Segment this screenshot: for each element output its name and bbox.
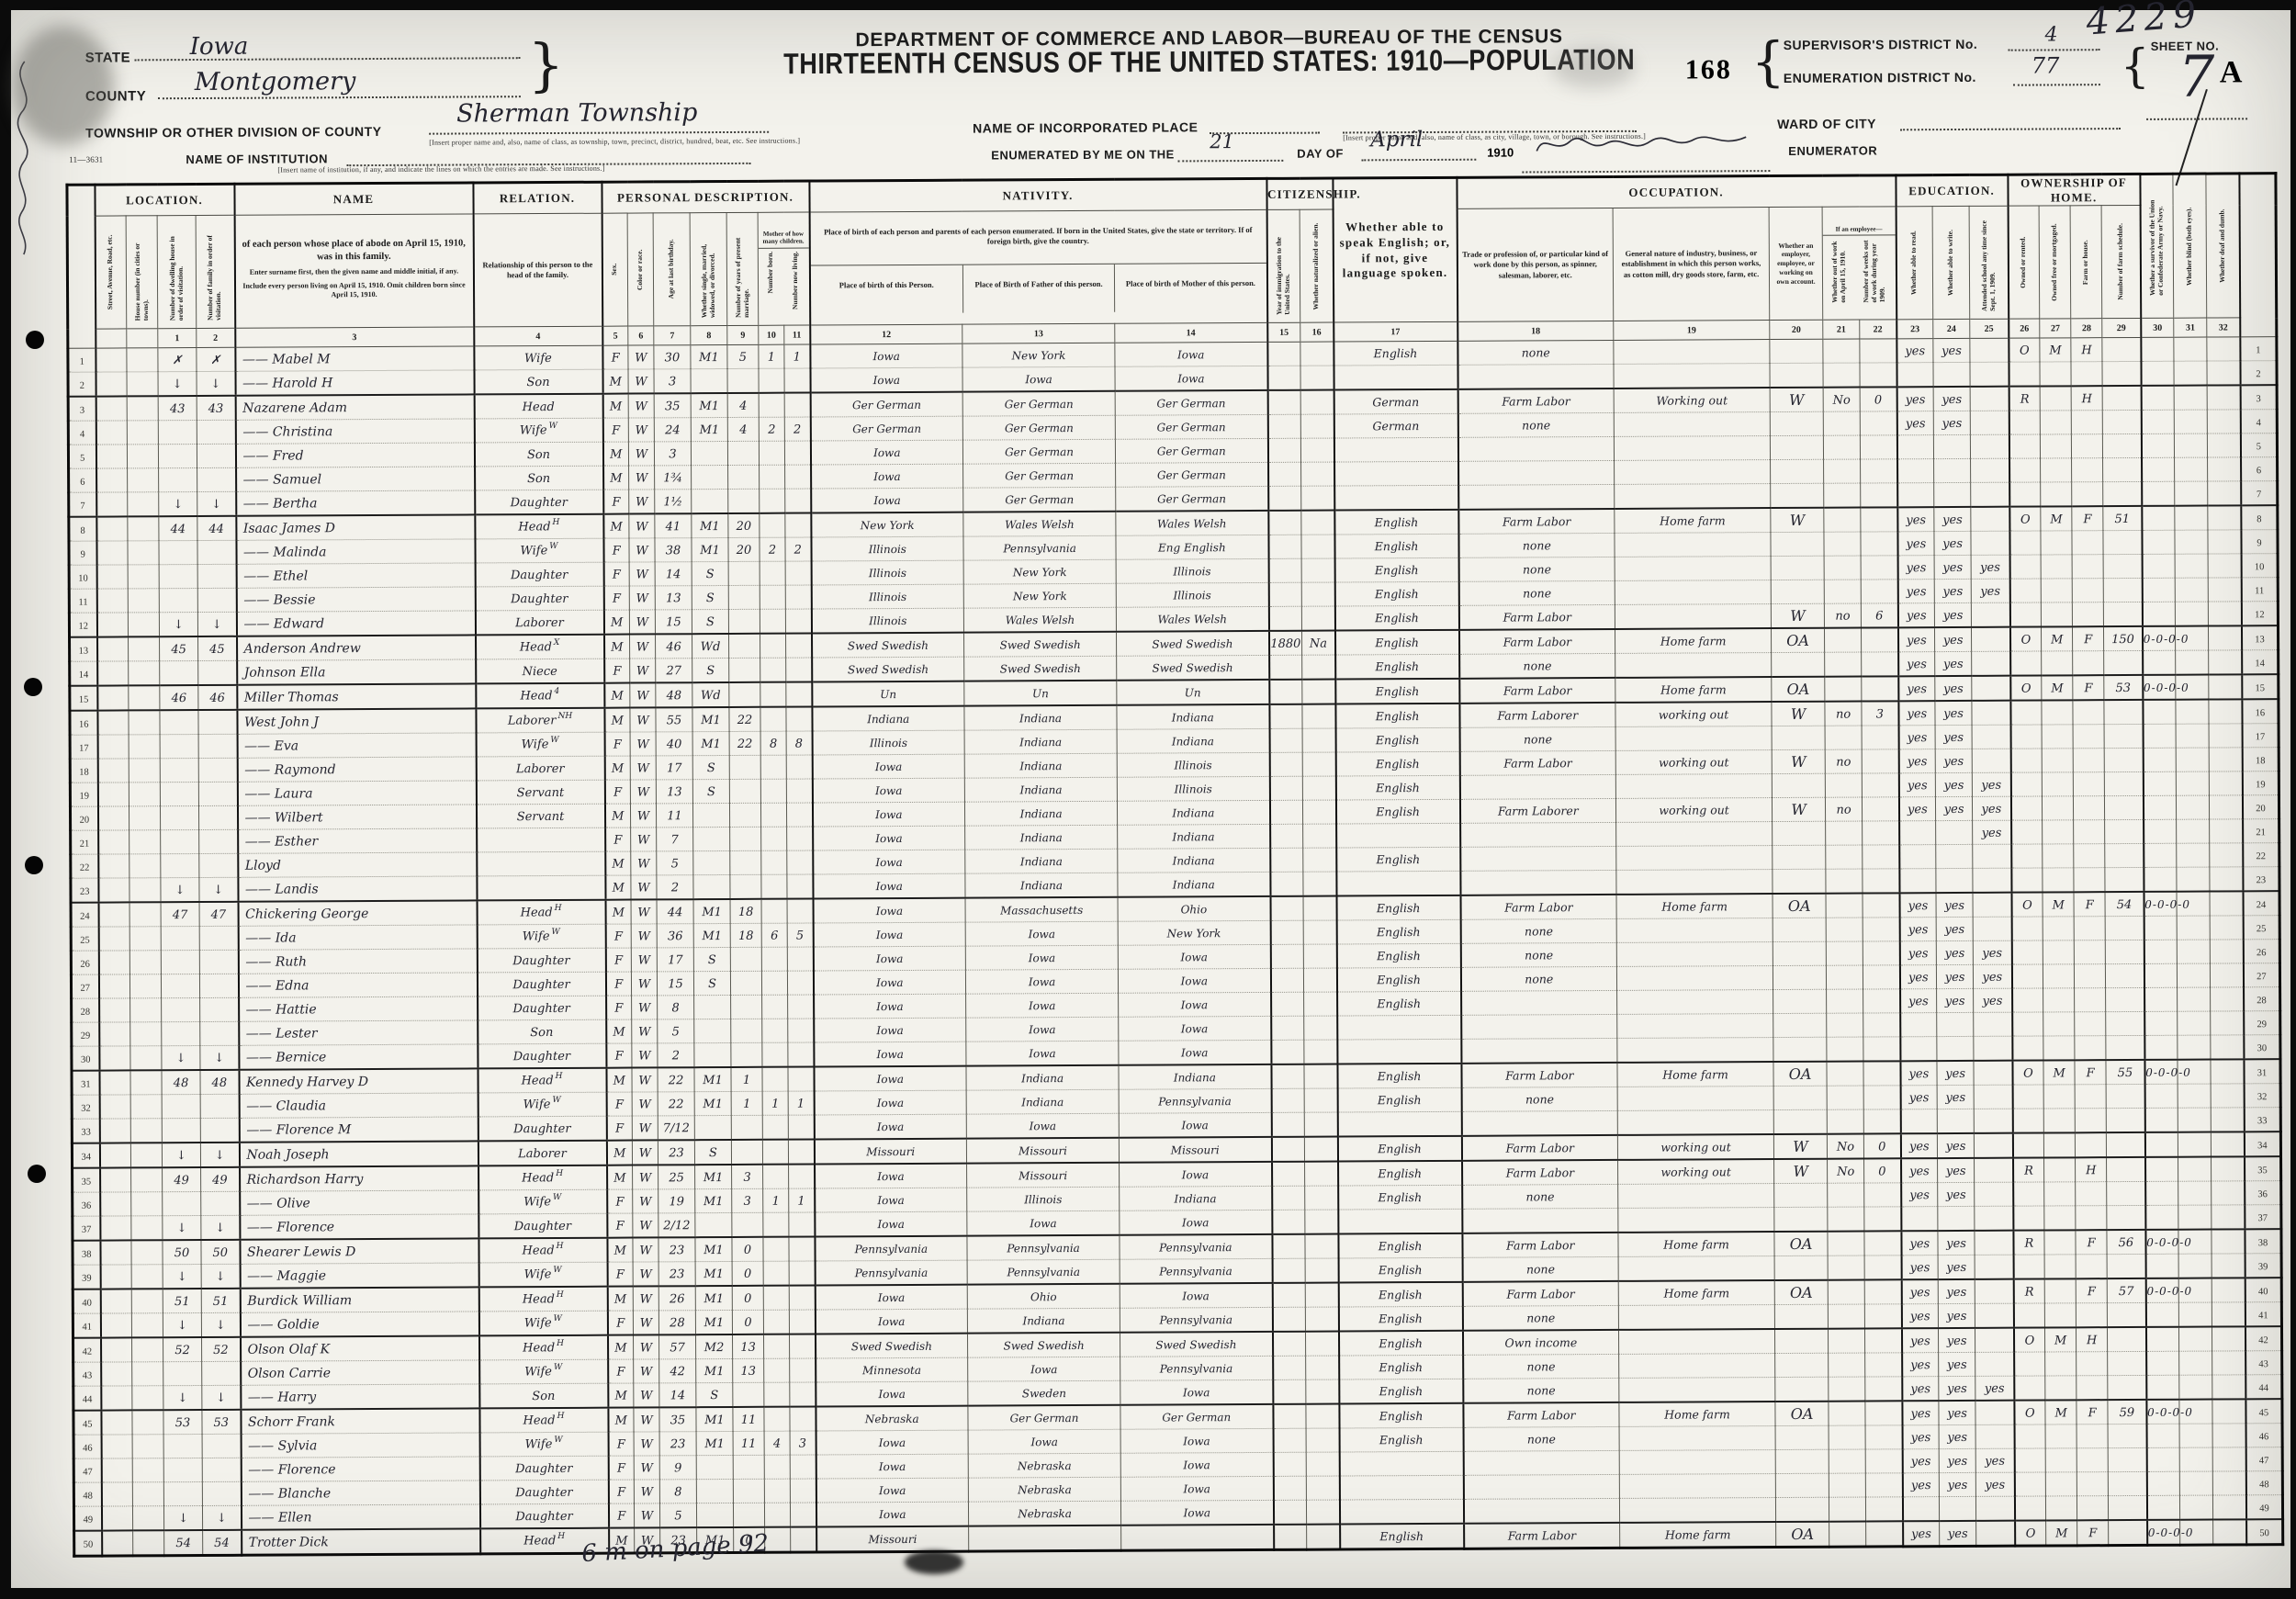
- cell-own: [2014, 1472, 2045, 1496]
- cell-vet: [2141, 361, 2174, 386]
- cell-hn: [131, 1289, 163, 1313]
- cell-lang: English: [1339, 1331, 1463, 1356]
- cell-imm: [1272, 1283, 1305, 1308]
- cell-rel: WifeW: [477, 924, 605, 949]
- cell-sched: [2109, 1495, 2147, 1520]
- cell-lang: [1336, 871, 1460, 895]
- cell-sex: F: [604, 659, 630, 683]
- cell-deaf: [2210, 843, 2243, 867]
- cell-school: [1970, 411, 2009, 434]
- cell-ind: Home farm: [1620, 1522, 1776, 1548]
- cell-sched: [2102, 410, 2141, 434]
- cell-rel: [477, 828, 605, 852]
- cell-sex: F: [607, 1213, 633, 1238]
- cell-dw: [160, 806, 198, 830]
- cell-own: [2011, 940, 2043, 964]
- cell-years: [729, 682, 760, 707]
- cell-n: 10: [69, 565, 96, 589]
- cell-rel: WifeW: [479, 1359, 608, 1384]
- cell-emp: [1774, 1207, 1828, 1232]
- cell-vet: [2141, 337, 2174, 361]
- cell-dw: [160, 710, 198, 735]
- cell-st: [101, 1506, 132, 1531]
- cell-n: 48: [73, 1482, 101, 1506]
- cell-pm: [1121, 1525, 1274, 1550]
- enumeration-label: ENUMERATION DISTRICT No.: [1784, 70, 1976, 85]
- cell-ind: [1618, 1256, 1774, 1281]
- cell-school: yes: [1975, 1472, 2014, 1496]
- cell-lang: English: [1336, 895, 1460, 920]
- cell-hn: [130, 1119, 162, 1143]
- cell-rel: WifeW: [478, 1262, 607, 1287]
- cell-living: [788, 1042, 814, 1067]
- cell-out: [1824, 483, 1861, 508]
- cell-age: 55: [656, 707, 692, 732]
- cell-age: 5: [657, 851, 693, 875]
- cell-vet: 0-0-0-0: [2144, 892, 2177, 917]
- cell-color: W: [633, 1237, 658, 1262]
- cell-dw: [161, 974, 199, 998]
- cell-hn: [129, 710, 160, 735]
- cell-pob: Iowa: [814, 1042, 966, 1066]
- cell-weeks: [1863, 1013, 1900, 1037]
- cell-living: [787, 874, 813, 899]
- cell-born: [762, 1042, 788, 1067]
- cell-mort: [2044, 1206, 2076, 1231]
- cell-st: [96, 348, 127, 372]
- cell-years: [731, 1140, 762, 1165]
- cell-name: —— Sylvia: [241, 1433, 479, 1458]
- cell-hn: [129, 902, 161, 927]
- cell-sched: [2102, 361, 2141, 386]
- cell-sched: [2104, 771, 2143, 795]
- cell-out: [1827, 1109, 1863, 1134]
- cell-age: 1¾: [655, 466, 692, 490]
- cell-mort: [2041, 531, 2072, 555]
- cell-fam: ↓: [202, 1385, 241, 1410]
- cell-emp: [1770, 339, 1823, 363]
- cell-name: —— Landis: [238, 876, 477, 902]
- cell-write: [1933, 362, 1970, 387]
- cell-own: [2012, 1012, 2043, 1036]
- cell-living: [790, 1479, 816, 1503]
- cell-trade: [1461, 1110, 1617, 1135]
- cell-living: [787, 947, 813, 971]
- cell-years: [731, 1115, 762, 1140]
- cell-write: yes: [1936, 796, 1973, 820]
- cell-dw: [158, 421, 197, 445]
- cell-sex: M: [602, 394, 628, 419]
- cell-fam: 47: [199, 902, 238, 927]
- cell-born: [763, 1212, 789, 1237]
- cell-ind: [1618, 1184, 1774, 1209]
- cell-dw: [162, 1022, 200, 1046]
- cell-own: R: [2009, 387, 2040, 411]
- cell-pf: Indiana: [966, 1065, 1119, 1090]
- cell-imm: [1268, 558, 1301, 582]
- cell-ind: [1615, 580, 1771, 605]
- cell-st: [98, 902, 129, 927]
- cell-living: [789, 1261, 815, 1286]
- cell-born: [764, 1455, 790, 1479]
- cell-rel: WifeW: [478, 1189, 607, 1214]
- cell-weeks: [1862, 726, 1898, 749]
- cell-born: [764, 1358, 790, 1382]
- cell-fam: [201, 1191, 240, 1215]
- cell-pf: Iowa: [966, 1041, 1119, 1065]
- cell-living: [788, 1019, 814, 1042]
- cell-pm: Indiana: [1118, 872, 1270, 896]
- cell-read: [1903, 1497, 1940, 1522]
- cell-years: [730, 947, 761, 971]
- cell-rel: Laborer: [478, 1141, 606, 1166]
- cell-write: yes: [1936, 940, 1973, 964]
- cell-born: 6: [761, 923, 787, 947]
- cell-rel: HeadH: [475, 514, 603, 539]
- cell-sex: F: [608, 1480, 634, 1503]
- cell-color: W: [631, 972, 657, 996]
- cell-born: [760, 779, 786, 803]
- cell-fam: [197, 444, 235, 467]
- cell-weeks: [1862, 652, 1898, 677]
- cell-nat: [1305, 1210, 1338, 1234]
- cell-marital: S: [693, 947, 730, 971]
- cell-age: 44: [657, 899, 693, 924]
- cell-weeks: [1860, 411, 1896, 435]
- cell-lang: English: [1334, 581, 1458, 606]
- cell-trade: Farm Labor: [1461, 1135, 1617, 1161]
- cell-nat: [1301, 486, 1334, 511]
- cell-emp: W: [1771, 603, 1824, 628]
- cell-own: [2011, 868, 2043, 893]
- cell-dw: [160, 759, 198, 783]
- cell-st: [100, 1167, 131, 1192]
- cell-pob: Ger German: [810, 416, 962, 441]
- cell-lang: English: [1337, 1087, 1461, 1112]
- cell-sched: [2106, 1035, 2144, 1060]
- cell-vet: [2146, 1424, 2179, 1447]
- cell-weeks: [1866, 1497, 1903, 1522]
- cell-hn: [129, 951, 161, 974]
- cell-n: 20: [70, 806, 97, 830]
- cell-weeks: [1864, 1183, 1901, 1207]
- cell-pm: Iowa: [1119, 1016, 1271, 1041]
- cell-emp: [1775, 1377, 1829, 1402]
- cell-vet: [2142, 554, 2175, 578]
- cell-lang: English: [1338, 1257, 1462, 1282]
- cell-pob: Iowa: [814, 1018, 966, 1042]
- cell-rel: LaborerNH: [476, 708, 604, 733]
- cell-sex: F: [602, 418, 628, 442]
- cell-n: 17: [70, 735, 97, 759]
- cell-pob: Missouri: [814, 1139, 966, 1165]
- cell-marital: [691, 441, 727, 465]
- cell-marital: M1: [693, 899, 730, 924]
- col-read-header: Whether able to read.: [1896, 207, 1933, 320]
- cell-rel: [477, 875, 605, 900]
- cell-nat: [1306, 1452, 1339, 1476]
- col-sex-header: Sex.: [602, 213, 628, 326]
- cell-pm: Pennsylvania: [1120, 1234, 1272, 1259]
- cell-write: [1936, 844, 1973, 868]
- cell-read: yes: [1898, 652, 1935, 677]
- enumerated-prefix: ENUMERATED BY ME ON THE: [991, 147, 1175, 162]
- cell-weeks: [1864, 1304, 1901, 1329]
- cell-pf: Sweden: [968, 1380, 1120, 1405]
- scan-smudge: [13, 26, 114, 145]
- cell-dw: 43: [158, 396, 197, 421]
- cell-own: O: [2012, 1061, 2043, 1086]
- cell-vet: [2146, 1471, 2179, 1495]
- group-personal: PERSONAL DESCRIPTION.: [602, 181, 809, 213]
- cell-own: O: [2009, 338, 2040, 362]
- cell-dw: 45: [160, 636, 198, 661]
- cell-school: [1971, 434, 2009, 458]
- cell-read: yes: [1902, 1328, 1939, 1353]
- cell-sex: M: [607, 1165, 633, 1190]
- cell-nat: [1300, 438, 1334, 462]
- cell-dw: [161, 830, 199, 854]
- cell-own: [2009, 531, 2041, 555]
- cell-read: [1899, 845, 1936, 869]
- cell-lang: English: [1335, 727, 1459, 752]
- cell-vet: [2142, 457, 2175, 481]
- cell-write: yes: [1939, 1328, 1975, 1353]
- cell-write: yes: [1935, 701, 1972, 726]
- cell-pob: Iowa: [814, 994, 966, 1019]
- cell-age: 30: [654, 345, 691, 369]
- cell-rel: Niece: [476, 659, 604, 683]
- cell-blind: [2176, 771, 2209, 795]
- cell-st: [96, 468, 128, 492]
- cell-ind: Home farm: [1616, 894, 1773, 918]
- cell-weeks: [1861, 556, 1897, 580]
- cell-out: [1825, 628, 1862, 653]
- cell-blind: [2178, 1108, 2211, 1132]
- cell-nat: [1305, 1162, 1338, 1187]
- cell-years: [728, 489, 760, 513]
- cell-ind: [1619, 1354, 1775, 1379]
- cell-vet: 0-0-0-0: [2143, 626, 2176, 651]
- cell-hn: [131, 1313, 163, 1338]
- cell-fh: [2074, 796, 2105, 820]
- cell-pm: Indiana: [1120, 1186, 1272, 1211]
- cell-lang: [1338, 1209, 1462, 1233]
- cell-school: yes: [1973, 940, 2011, 964]
- cell-write: yes: [1938, 1182, 1975, 1206]
- cell-out: [1829, 1522, 1866, 1548]
- cell-living: [784, 393, 810, 418]
- cell-trade: none: [1458, 340, 1614, 365]
- cell-hn: [128, 468, 159, 492]
- cell-age: 26: [658, 1286, 695, 1311]
- cell-living: [785, 465, 811, 489]
- cell-deaf: [2210, 916, 2243, 940]
- cell-nat: [1303, 848, 1336, 872]
- cell-sched: 59: [2108, 1400, 2146, 1424]
- cell-born: [760, 707, 786, 732]
- cell-age: 14: [655, 562, 692, 586]
- cell-hn: [130, 1046, 162, 1071]
- cell-read: yes: [1900, 965, 1937, 989]
- cell-fh: [2073, 749, 2104, 772]
- cell-rel: WifeW: [475, 538, 603, 563]
- institution-hint: [Insert name of institution, if any, and…: [277, 164, 604, 175]
- cell-ind: [1616, 966, 1773, 991]
- cell-n2: 34: [2245, 1132, 2281, 1156]
- cell-pob: Un: [812, 681, 964, 707]
- cell-pob: Swed Swedish: [812, 633, 964, 658]
- cell-color: W: [632, 996, 658, 1019]
- cell-nat: [1303, 920, 1336, 944]
- cell-blind: [2176, 650, 2209, 675]
- cell-emp: [1772, 773, 1825, 797]
- cell-lang: English: [1336, 799, 1460, 824]
- cell-school: [1975, 1279, 2013, 1304]
- cell-weeks: [1865, 1401, 1902, 1425]
- cell-hn: [128, 589, 159, 613]
- cell-born: [763, 1165, 789, 1189]
- cell-weeks: [1863, 1037, 1900, 1062]
- cell-read: [1897, 435, 1934, 459]
- cell-pob: Iowa: [812, 754, 964, 779]
- cell-rel: HeadH: [478, 1287, 607, 1312]
- cell-pob: Nebraska: [816, 1406, 968, 1431]
- cell-st: [101, 1362, 132, 1386]
- col-house-header: House number (in cities or towns).: [126, 216, 158, 329]
- cell-out: [1825, 726, 1862, 749]
- cell-ind: [1617, 1014, 1773, 1039]
- cell-color: W: [634, 1503, 659, 1528]
- cell-weeks: [1861, 580, 1897, 603]
- cell-lang: [1334, 485, 1458, 510]
- cell-school: yes: [1971, 579, 2009, 602]
- cell-pob: Iowa: [815, 1285, 967, 1310]
- cell-hn: [132, 1435, 163, 1458]
- col-marital-header: Whether single, married, widowed, or div…: [690, 212, 727, 325]
- col-school-header: Attended school any time since Sept. 1, …: [1969, 206, 2009, 319]
- cell-age: 15: [655, 610, 692, 635]
- cell-pf: Indiana: [967, 1308, 1120, 1333]
- cell-years: [730, 874, 761, 899]
- cell-name: —— Goldie: [240, 1312, 478, 1337]
- cell-trade: Farm Labor: [1462, 1233, 1618, 1257]
- cell-dw: 49: [163, 1167, 201, 1192]
- cell-imm: [1270, 800, 1303, 824]
- cell-hn: [128, 541, 159, 565]
- cell-name: —— Samuel: [236, 467, 475, 491]
- cell-ind: [1619, 1329, 1775, 1354]
- cell-deaf: [2208, 554, 2241, 578]
- cell-name: —— Malinda: [236, 539, 475, 564]
- cell-lang: [1337, 1015, 1461, 1040]
- cell-dw: 53: [163, 1410, 202, 1435]
- cell-st: [96, 372, 127, 397]
- cell-hn: [131, 1216, 163, 1241]
- cell-read: yes: [1897, 556, 1934, 580]
- cell-weeks: [1863, 965, 1899, 989]
- cell-out: No: [1823, 388, 1860, 412]
- cell-st: [96, 396, 127, 421]
- cell-fh: [2077, 1352, 2108, 1376]
- cell-school: [1974, 1012, 2012, 1036]
- cell-color: W: [628, 369, 654, 394]
- cell-rel: Daughter: [478, 996, 606, 1020]
- cell-st: [101, 1458, 132, 1482]
- ward-label: WARD OF CITY: [1777, 116, 1876, 131]
- cell-pm: Indiana: [1118, 800, 1270, 825]
- cell-deaf: [2211, 963, 2244, 987]
- cell-fam: [200, 1021, 239, 1045]
- cell-age: 2: [657, 875, 693, 900]
- cell-school: [1975, 1303, 2013, 1328]
- cell-trade: none: [1461, 1087, 1617, 1111]
- cell-dw: ↓: [158, 372, 197, 397]
- cell-read: yes: [1896, 339, 1933, 363]
- cell-nat: [1305, 1186, 1338, 1210]
- cell-emp: OA: [1772, 628, 1825, 653]
- cell-sex: M: [604, 635, 630, 659]
- cell-deaf: [2207, 337, 2240, 361]
- cell-weeks: [1863, 797, 1899, 821]
- row-number-header-right: [2239, 174, 2277, 337]
- cell-color: W: [633, 1311, 658, 1335]
- cell-name: Richardson Harry: [240, 1165, 478, 1191]
- cell-pm: Iowa: [1115, 366, 1267, 390]
- cell-write: [1934, 434, 1971, 458]
- cell-nat: [1304, 992, 1337, 1016]
- cell-marital: [693, 874, 730, 899]
- cell-vet: [2141, 410, 2174, 434]
- cell-rel: Daughter: [478, 1043, 606, 1068]
- cell-years: [730, 827, 761, 850]
- cell-age: 7/12: [658, 1116, 694, 1141]
- cell-out: [1828, 1207, 1864, 1232]
- cell-born: [759, 441, 784, 465]
- cell-fh: [2072, 555, 2103, 579]
- cell-born: [760, 682, 786, 707]
- cell-years: 3: [732, 1188, 763, 1212]
- cell-born: 8: [760, 731, 786, 755]
- cell-dw: [161, 854, 199, 878]
- cell-deaf: [2212, 1399, 2245, 1424]
- cell-trade: none: [1462, 1184, 1618, 1209]
- cell-lang: English: [1339, 1427, 1463, 1452]
- cell-born: [763, 1237, 789, 1262]
- cell-pm: Ohio: [1118, 896, 1270, 921]
- cell-out: [1823, 411, 1860, 435]
- cell-school: yes: [1973, 820, 2011, 844]
- cell-blind: [2178, 1035, 2211, 1060]
- cell-pf: Swed Swedish: [964, 632, 1117, 657]
- cell-st: [96, 516, 128, 541]
- cell-write: [1934, 482, 1971, 507]
- cell-living: [789, 1212, 815, 1237]
- form-code: 11—3631: [69, 155, 103, 164]
- cell-rel: Daughter: [479, 1503, 608, 1528]
- cell-own: [2012, 964, 2043, 988]
- cell-out: [1828, 1183, 1864, 1207]
- cell-weeks: [1865, 1425, 1902, 1449]
- cell-imm: [1273, 1379, 1306, 1404]
- cell-name: —— Blanche: [241, 1481, 479, 1505]
- cell-pf: Iowa: [965, 921, 1118, 946]
- cell-pf: Iowa: [965, 945, 1118, 970]
- cell-deaf: [2212, 1326, 2245, 1351]
- cell-years: 13: [733, 1334, 764, 1359]
- cell-read: yes: [1897, 507, 1934, 532]
- cell-fh: [2072, 531, 2103, 555]
